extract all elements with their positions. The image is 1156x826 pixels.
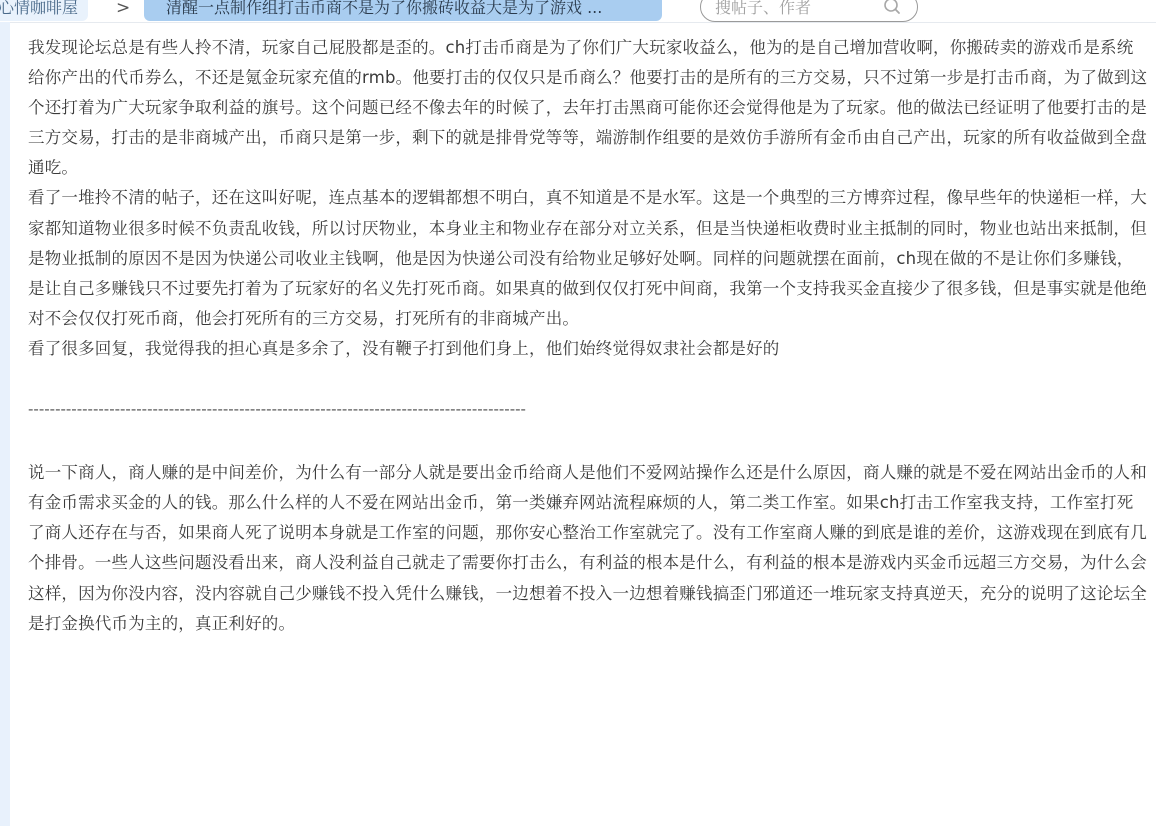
text-divider: ----------------------------------------… bbox=[28, 394, 1150, 424]
post-paragraph: 说一下商人，商人赚的是中间差价，为什么有一部分人就是要出金币给商人是他们不爱网站… bbox=[28, 458, 1150, 639]
top-nav-bar: 心情咖啡屋 > 清醒一点制作组打击币商不是为了你搬砖收益大是为了游戏 ... bbox=[0, 0, 1156, 23]
search-input[interactable] bbox=[715, 0, 865, 18]
search-box[interactable] bbox=[700, 0, 918, 22]
left-sidebar-strip bbox=[0, 22, 10, 826]
breadcrumb-chevron-right-icon: > bbox=[116, 0, 130, 20]
breadcrumb-current-thread[interactable]: 清醒一点制作组打击币商不是为了你搬砖收益大是为了游戏 ... bbox=[144, 0, 662, 21]
post-paragraph: 我发现论坛总是有些人拎不清，玩家自己屁股都是歪的。ch打击币商是为了你们广大玩家… bbox=[28, 33, 1150, 183]
breadcrumb-forum-link[interactable]: 心情咖啡屋 bbox=[0, 0, 88, 21]
post-paragraph: 看了很多回复，我觉得我的担心真是多余了，没有鞭子打到他们身上，他们始终觉得奴隶社… bbox=[28, 334, 1150, 364]
post-body: 我发现论坛总是有些人拎不清，玩家自己屁股都是歪的。ch打击币商是为了你们广大玩家… bbox=[28, 33, 1150, 639]
search-icon[interactable] bbox=[883, 0, 901, 15]
post-paragraph: 看了一堆拎不清的帖子，还在这叫好呢，连点基本的逻辑都想不明白，真不知道是不是水军… bbox=[28, 183, 1150, 333]
